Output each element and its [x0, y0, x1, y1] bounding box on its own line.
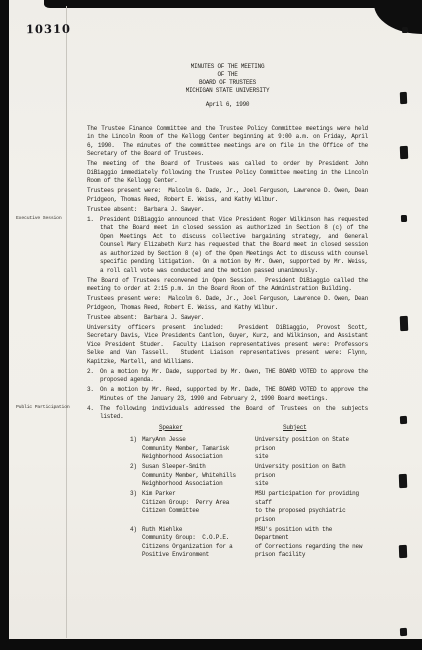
subject-cell: MSU's position with the Department of Co…	[255, 526, 368, 560]
registration-mark	[399, 474, 407, 488]
table-row: 1) MaryAnn Jesse Community Member, Tamar…	[87, 436, 368, 462]
speaker-cell: Susan Sleeper-Smith Community Member, Wh…	[142, 463, 255, 489]
table-row: 2) Susan Sleeper-Smith Community Member,…	[87, 463, 368, 489]
paragraph-trustees-present-1: Trustees present were: Malcolm G. Dade, …	[87, 187, 368, 204]
registration-mark	[400, 92, 407, 104]
registration-mark	[401, 215, 407, 222]
item-text: On a motion by Mr. Dade, supported by Mr…	[100, 368, 368, 385]
registration-mark	[400, 146, 408, 159]
paragraph-university-officers: University officers present included: Pr…	[87, 324, 368, 367]
speaker-cell: MaryAnn Jesse Community Member, Tamarisk…	[142, 436, 255, 462]
paragraph-committees: The Trustee Finance Committee and the Tr…	[87, 125, 368, 159]
paragraph-reconvened: The Board of Trustees reconvened in Open…	[87, 277, 368, 294]
margin-rule-line	[66, 6, 67, 638]
doc-title-line: BOARD OF TRUSTEES	[87, 79, 368, 87]
row-number: 1)	[130, 436, 142, 462]
item-text: The following individuals addressed the …	[100, 405, 368, 422]
item-number: 2.	[87, 368, 100, 385]
paragraph-trustee-absent-1: Trustee absent: Barbara J. Sawyer.	[87, 206, 368, 215]
speaker-column-header: Speaker	[159, 424, 182, 433]
scanned-document-page: 10310 MINUTES OF THE MEETING OF THE BOAR…	[0, 0, 422, 650]
agenda-item-2: 2. On a motion by Mr. Dade, supported by…	[87, 368, 368, 385]
doc-title-line: MICHIGAN STATE UNIVERSITY	[87, 87, 368, 95]
registration-mark	[400, 416, 407, 424]
table-row: 4) Ruth Miehlke Community Group: C.O.P.E…	[87, 526, 368, 560]
agenda-item-3: 3. On a motion by Mr. Reed, supported by…	[87, 386, 368, 403]
item-number: 1.	[87, 216, 100, 276]
scan-border-top	[44, 0, 422, 8]
margin-note-public-participation: Public Participation	[16, 405, 72, 411]
scan-corner-top-right	[374, 0, 422, 34]
speaker-table: Speaker Subject 1) MaryAnn Jesse Communi…	[87, 424, 368, 560]
speaker-table-header: Speaker Subject	[87, 424, 368, 433]
item-text: President DiBiaggio announced that Vice …	[100, 216, 368, 276]
subject-cell: University position on Bath prison site	[255, 463, 368, 489]
table-row: 3) Kim Parker Citizen Group: Perry Area …	[87, 490, 368, 524]
agenda-item-1: Executive Session 1. President DiBiaggio…	[87, 216, 368, 276]
doc-title-line: OF THE	[87, 71, 368, 79]
subject-cell: MSU participation for providing staff to…	[255, 490, 368, 524]
scan-border-bottom	[6, 639, 422, 650]
margin-note-executive-session: Executive Session	[16, 216, 72, 222]
registration-mark	[400, 628, 407, 636]
agenda-item-4: Public Participation 4. The following in…	[87, 405, 368, 422]
page-number-stamp: 10310	[26, 22, 71, 36]
subject-cell: University position on State prison site	[255, 436, 368, 462]
subject-column-header: Subject	[283, 424, 306, 433]
paragraph-called-to-order: The meeting of the Board of Trustees was…	[87, 160, 368, 186]
registration-mark	[402, 27, 408, 33]
item-number: 4.	[87, 405, 100, 422]
doc-title-line: MINUTES OF THE MEETING	[87, 63, 368, 71]
document-body: MINUTES OF THE MEETING OF THE BOARD OF T…	[87, 63, 368, 561]
item-number: 3.	[87, 386, 100, 403]
doc-date: April 6, 1990	[87, 101, 368, 110]
document-header: MINUTES OF THE MEETING OF THE BOARD OF T…	[87, 63, 368, 110]
paragraph-trustees-present-2: Trustees present were: Malcolm G. Dade, …	[87, 295, 368, 312]
scan-border-left	[0, 0, 9, 650]
row-number: 4)	[130, 526, 142, 560]
row-number: 3)	[130, 490, 142, 524]
paragraph-trustee-absent-2: Trustee absent: Barbara J. Sawyer.	[87, 314, 368, 323]
speaker-cell: Ruth Miehlke Community Group: C.O.P.E. C…	[142, 526, 255, 560]
item-text: On a motion by Mr. Reed, supported by Mr…	[100, 386, 368, 403]
registration-mark	[399, 545, 407, 558]
speaker-cell: Kim Parker Citizen Group: Perry Area Cit…	[142, 490, 255, 524]
registration-mark	[400, 316, 409, 331]
row-number: 2)	[130, 463, 142, 489]
